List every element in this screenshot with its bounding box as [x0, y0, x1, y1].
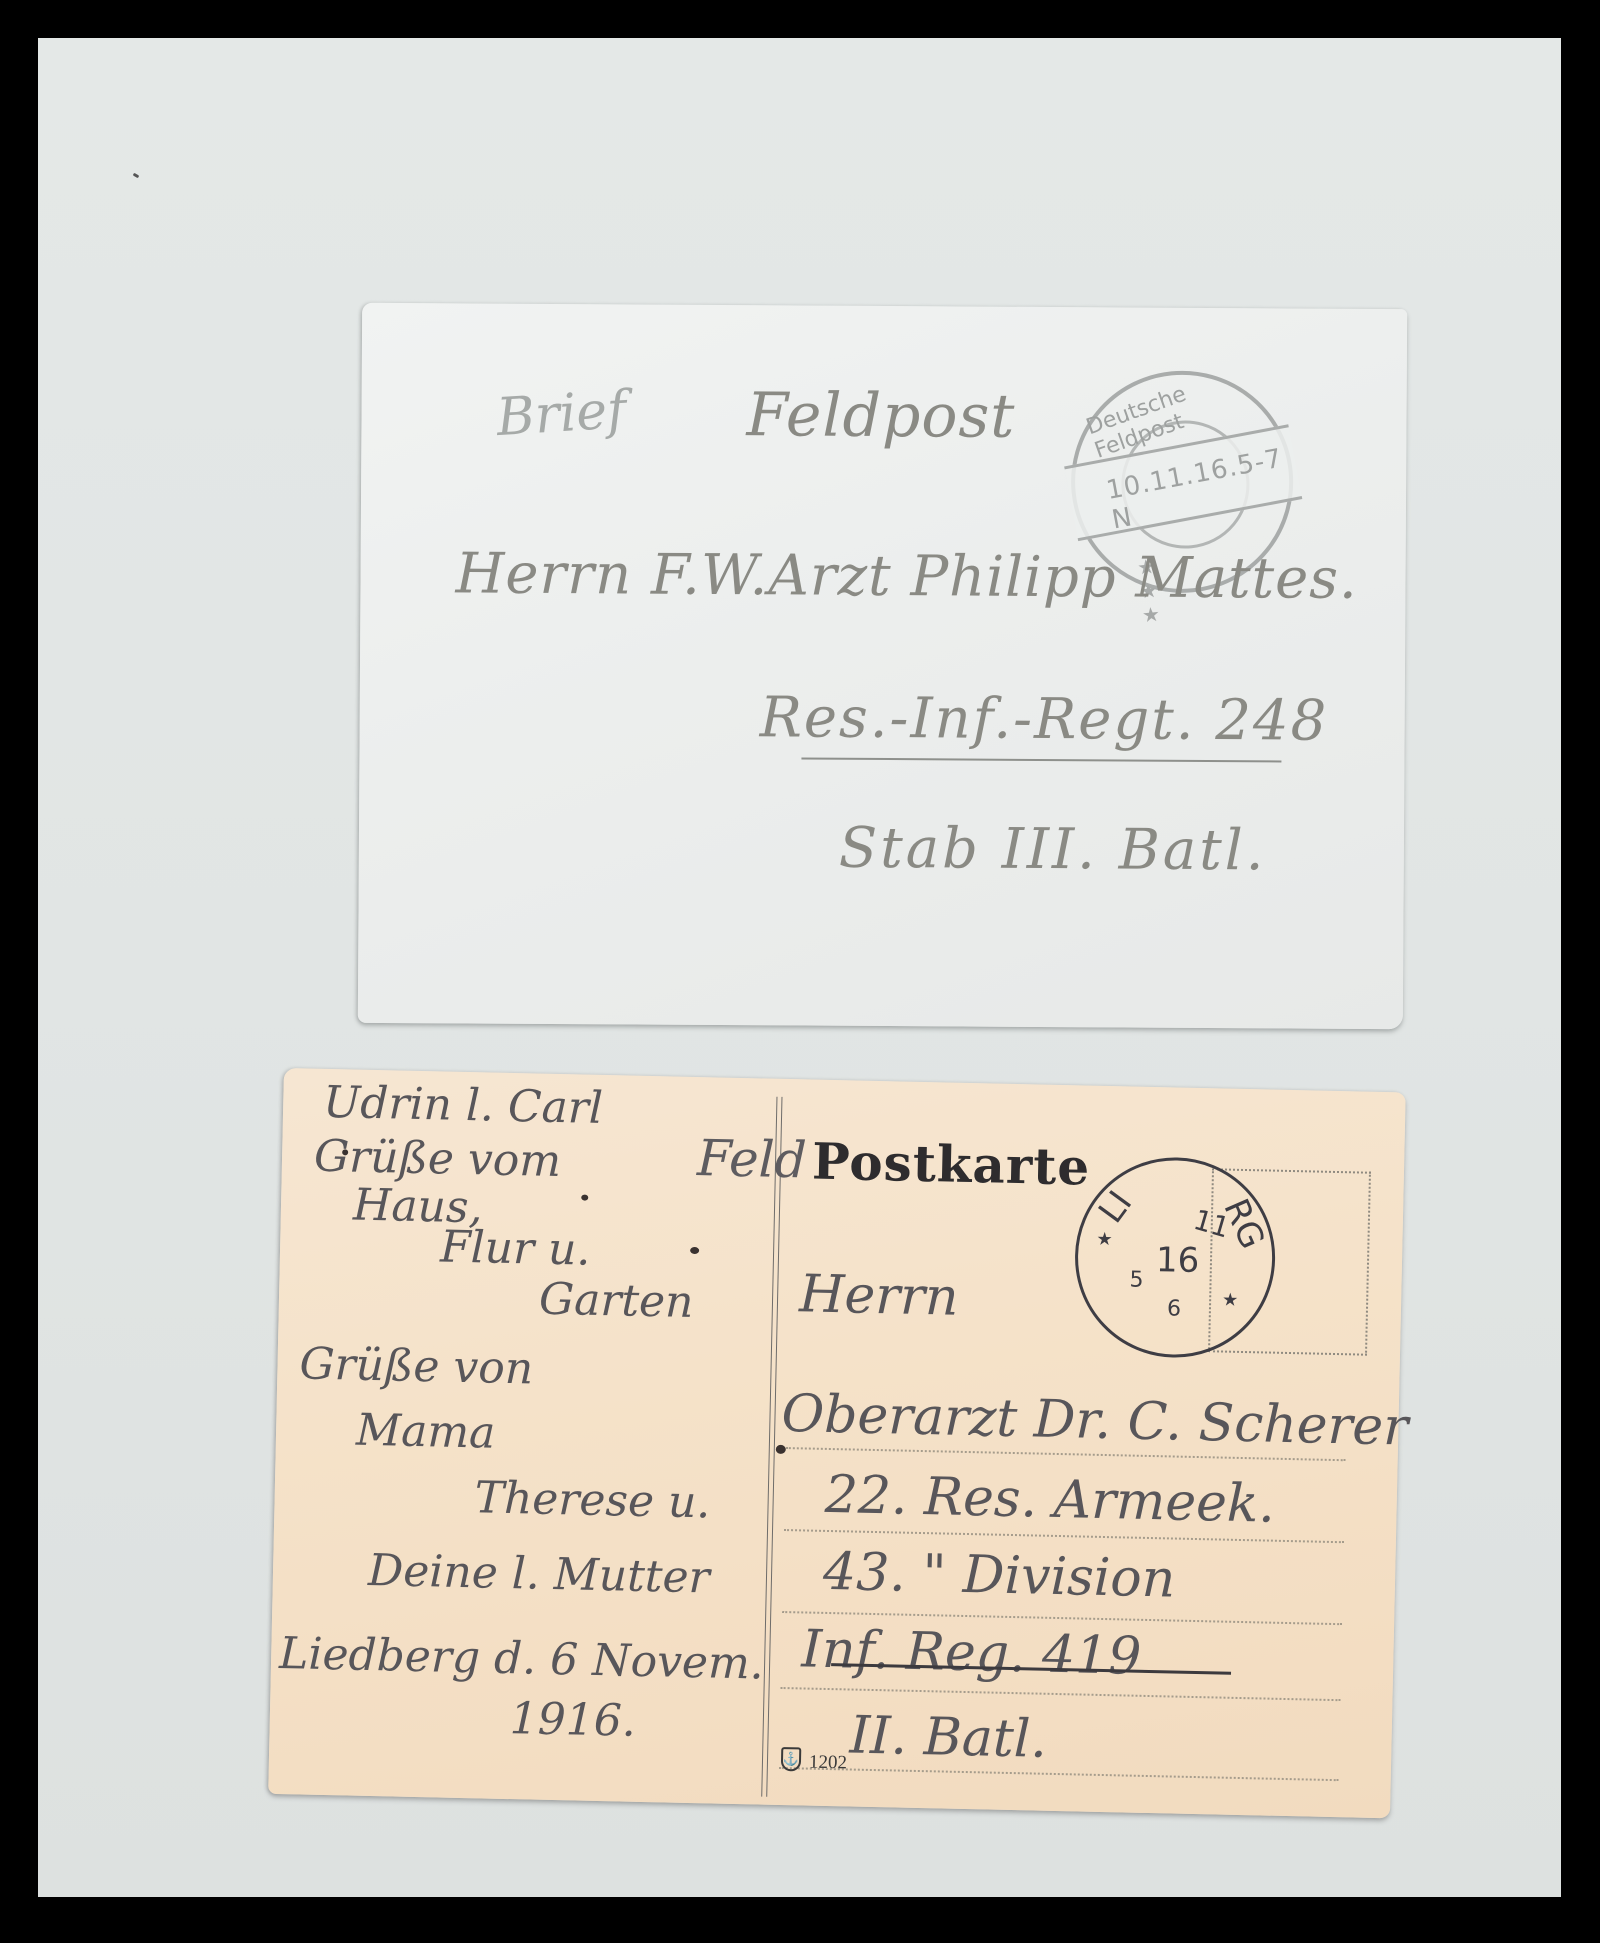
message-line: Flur u. — [440, 1221, 591, 1275]
field-post-envelope: Brief Feldpost Deutsche Feldpost 10.11.1… — [358, 303, 1407, 1029]
publisher-number: 1202 — [809, 1752, 847, 1775]
recipient-line: II. Batl. — [849, 1706, 1048, 1770]
dust-speck — [133, 173, 140, 179]
ink-blot — [776, 1445, 786, 1454]
album-page: Brief Feldpost Deutsche Feldpost 10.11.1… — [38, 38, 1561, 1897]
envelope-unit-line-1: Res.-Inf.-Regt. 248 — [759, 685, 1328, 753]
postmark-star-icon: ★ — [1222, 1290, 1239, 1311]
postmark-city-left: LI — [1091, 1184, 1140, 1231]
postmark-star-icon: ★ — [1096, 1229, 1113, 1250]
recipient-line-struck: Inf. Reg. 419 — [801, 1619, 1142, 1686]
address-guide-line — [781, 1687, 1341, 1701]
card-title-script: Feld — [697, 1129, 808, 1189]
message-line: Garten — [538, 1274, 694, 1328]
ink-blot — [581, 1195, 588, 1201]
recipient-line: 43. " Division — [822, 1542, 1175, 1610]
envelope-pencil-note: Brief — [495, 380, 628, 448]
envelope-addressee: Herrn F.W.Arzt Philipp Mattes. — [455, 541, 1358, 612]
message-line: Deine l. Mutter — [368, 1545, 711, 1603]
envelope-feldpost-note: Feldpost — [746, 380, 1015, 452]
address-guide-line — [779, 1767, 1339, 1781]
postmark-day: 16 — [1156, 1240, 1200, 1281]
recipient-line: Oberarzt Dr. C. Scherer — [781, 1384, 1409, 1458]
message-line: Grüße von — [299, 1338, 534, 1394]
message-line: Mama — [356, 1405, 496, 1459]
card-title: Postkarte — [811, 1132, 1090, 1197]
recipient-line: 22. Res. Armeek. — [824, 1465, 1275, 1535]
envelope-underline — [801, 758, 1281, 763]
message-line: Therese u. — [474, 1472, 711, 1528]
envelope-unit-line-2: Stab III. Batl. — [839, 816, 1267, 884]
feldpostkarte: Udrin l. Carl Grüße vom Haus, Flur u. Ga… — [268, 1068, 1406, 1818]
ink-blot — [690, 1247, 699, 1254]
postmark-time-left: 5 — [1129, 1267, 1144, 1292]
publisher-anchor-shield-icon: ⚓ — [781, 1747, 802, 1771]
postmark-time-right: 6 — [1167, 1296, 1182, 1321]
recipient-salutation: Herrn — [799, 1264, 960, 1327]
message-line: 1916. — [509, 1693, 636, 1747]
message-line: Grüße vom — [314, 1131, 562, 1187]
message-line: Liedberg d. 6 Novem. — [279, 1628, 765, 1690]
message-line: Udrin l. Carl — [323, 1077, 604, 1134]
